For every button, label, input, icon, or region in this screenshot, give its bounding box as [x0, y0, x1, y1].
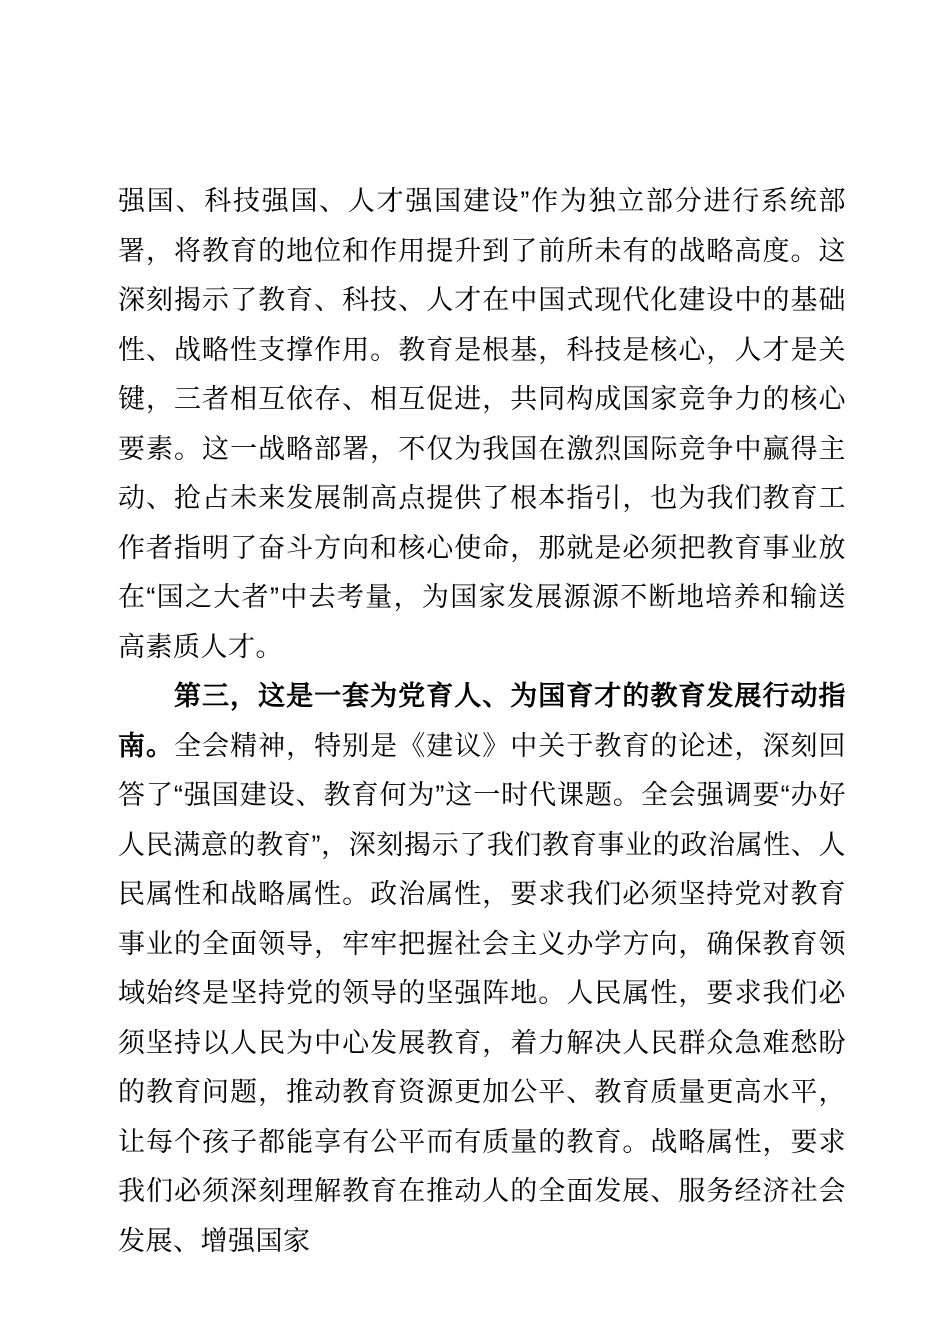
text-run: 强国、科技强国、人才强国建设”作为独立部分进行系统部署，将教育的地位和作用提升到… [118, 186, 846, 662]
text-run: 全会精神，特别是《建议》中关于教育的论述，深刻回答了“强国建设、教育何为”这一时… [118, 731, 846, 1256]
paragraph-strategy-continuation: 强国、科技强国、人才强国建设”作为独立部分进行系统部署，将教育的地位和作用提升到… [118, 177, 846, 672]
document-page: 强国、科技强国、人才强国建设”作为独立部分进行系统部署，将教育的地位和作用提升到… [0, 0, 950, 1344]
paragraph-third-point: 第三，这是一套为党育人、为国育才的教育发展行动指南。全会精神，特别是《建议》中关… [118, 672, 846, 1266]
document-body: 强国、科技强国、人才强国建设”作为独立部分进行系统部署，将教育的地位和作用提升到… [118, 177, 846, 1266]
